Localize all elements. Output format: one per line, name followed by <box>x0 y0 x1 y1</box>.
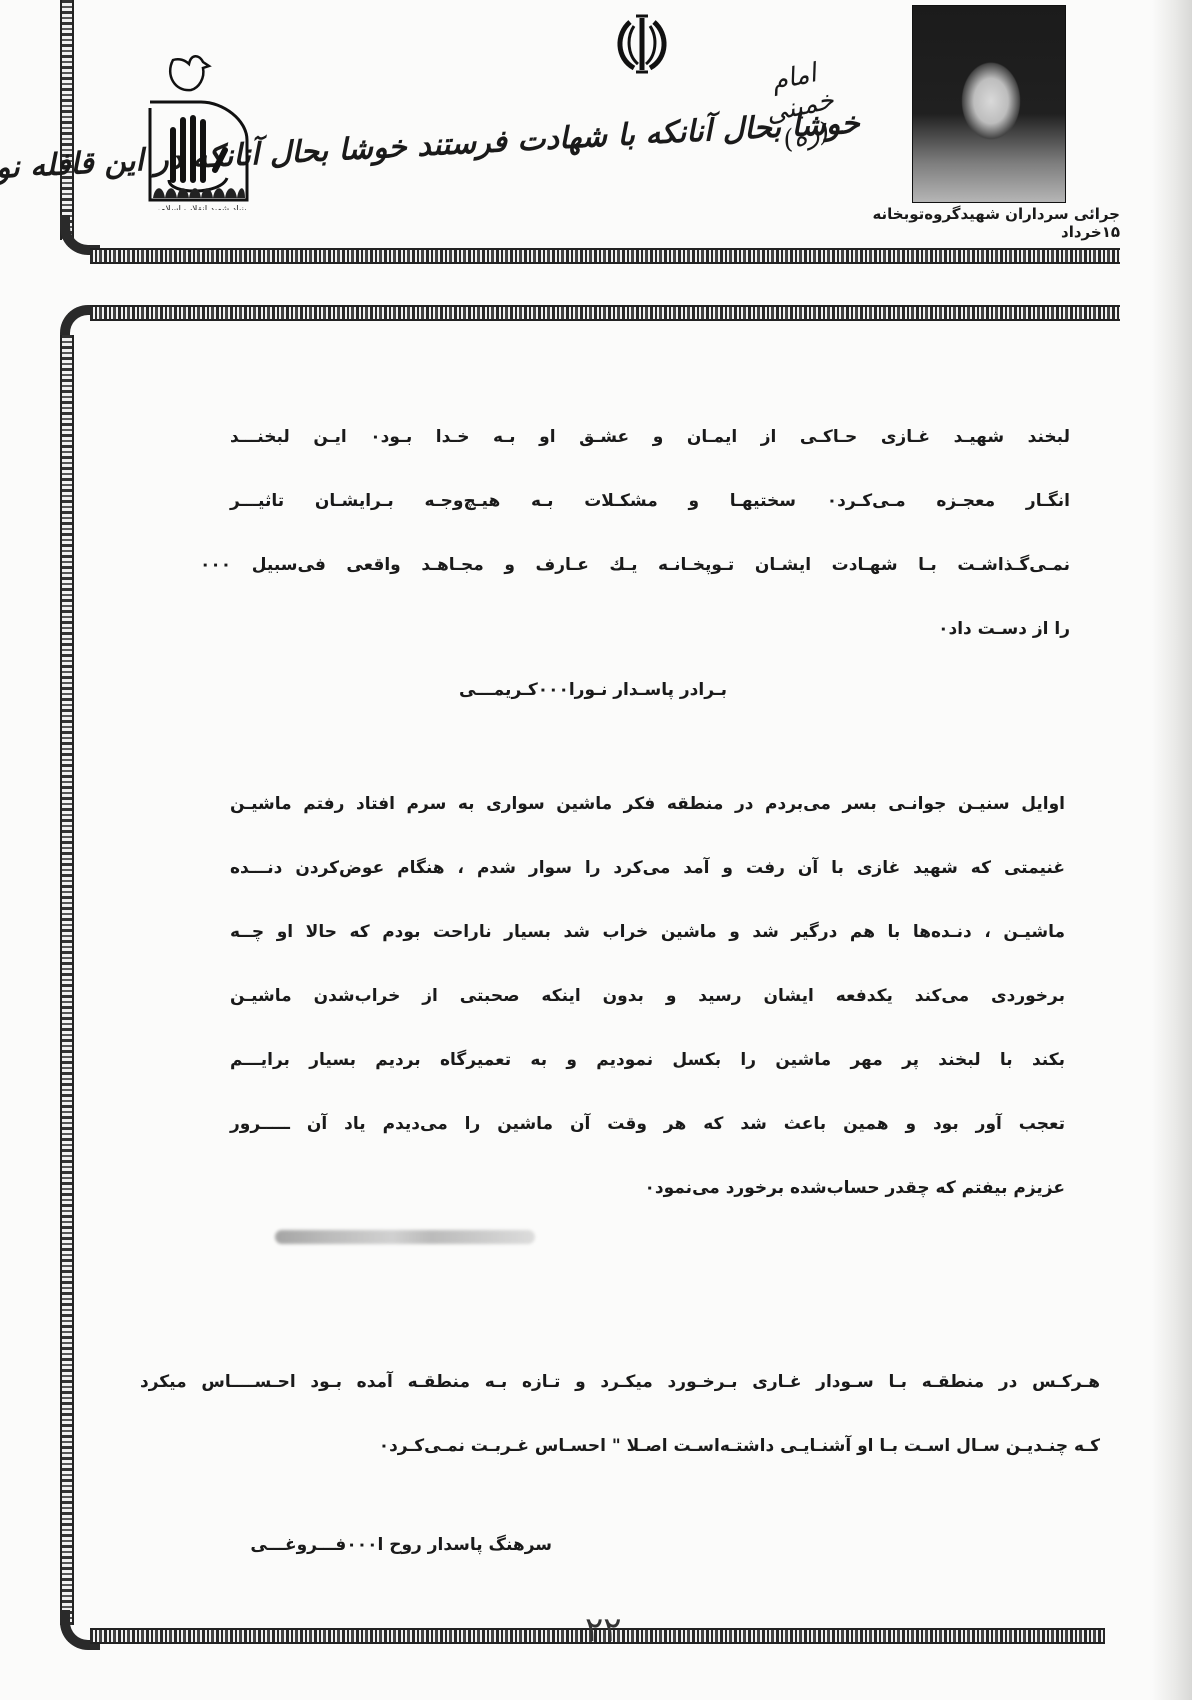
faded-signature-smudge <box>275 1230 535 1244</box>
testimony-signature-1: بـرادر پاسـدار نـورا۰۰۰کـریمـــی <box>459 680 727 700</box>
text-line: انگـار معجـزه مـی‌کـرد۰ سختیهـا و مشکـلا… <box>230 469 1070 533</box>
calligraphy-quote: خوشا بحال آنانکه با شهادت فرستند خوشا بح… <box>309 106 860 170</box>
text-line: عزیزم بیفتم که چقدر حساب‌شده برخورد می‌ن… <box>230 1156 1065 1220</box>
text-line: لبخند شهیـد غـازی حـاکـی از ایمـان و عشـ… <box>230 405 1070 469</box>
text-line: هـرکـس در منطقـه بـا سـودار غـاری بـرخـو… <box>140 1350 1100 1414</box>
text-line: ماشیـن ، دنـده‌ها با هم درگیر شد و ماشین… <box>230 900 1065 964</box>
text-line: برخوردی می‌کند یکدفعه ایشان رسید و بدون … <box>230 964 1065 1028</box>
scan-page-edge-shadow <box>1152 0 1192 1700</box>
testimony-paragraph-1: لبخند شهیـد غـازی حـاکـی از ایمـان و عشـ… <box>230 405 1070 661</box>
text-line: کـه چنـدیـن سـال اسـت بـا او آشنـایـی دا… <box>140 1414 1100 1478</box>
header-bottom-border <box>90 248 1120 264</box>
text-line: را از دسـت داد۰ <box>230 597 1070 661</box>
testimony-signature-3: سرهنگ پاسدار روح ا۰۰۰فـــروغـــی <box>250 1535 552 1555</box>
text-line: بکند با لبخند پر مهر ماشین را بکسل نمودی… <box>230 1028 1065 1092</box>
text-line: اوایل سنیـن جوانـی بسر می‌بردم در منطقه … <box>230 772 1065 836</box>
frame-top-border <box>90 305 1120 321</box>
svg-text:بنیاد شهید انقلاب اسلامی: بنیاد شهید انقلاب اسلامی <box>153 205 247 210</box>
text-line: نمـی‌گـذاشـت بـا شهـادت ایشـان تـوپخـانـ… <box>200 533 1070 597</box>
photo-caption: جرائی سرداران شهیدگروه‌توبخانه ۱۵خرداد <box>810 205 1120 241</box>
header-left-border <box>60 0 74 240</box>
text-line: غنیمتی که شهید غازی با آن رفت و آمد می‌ک… <box>230 836 1065 900</box>
martyrs-foundation-logo-icon: بنیاد شهید انقلاب اسلامی <box>135 30 265 210</box>
frame-left-border <box>60 335 74 1625</box>
testimony-paragraph-2: اوایل سنیـن جوانـی بسر می‌بردم در منطقه … <box>230 772 1065 1220</box>
iran-emblem-icon <box>612 12 672 76</box>
text-line: تعجب آور بود و همین باعث شد که هر وقت آن… <box>230 1092 1065 1156</box>
martyr-portrait-photo <box>912 5 1066 203</box>
page-number: ۲۲ <box>585 1610 622 1650</box>
testimony-paragraph-3: هـرکـس در منطقـه بـا سـودار غـاری بـرخـو… <box>140 1350 1100 1478</box>
